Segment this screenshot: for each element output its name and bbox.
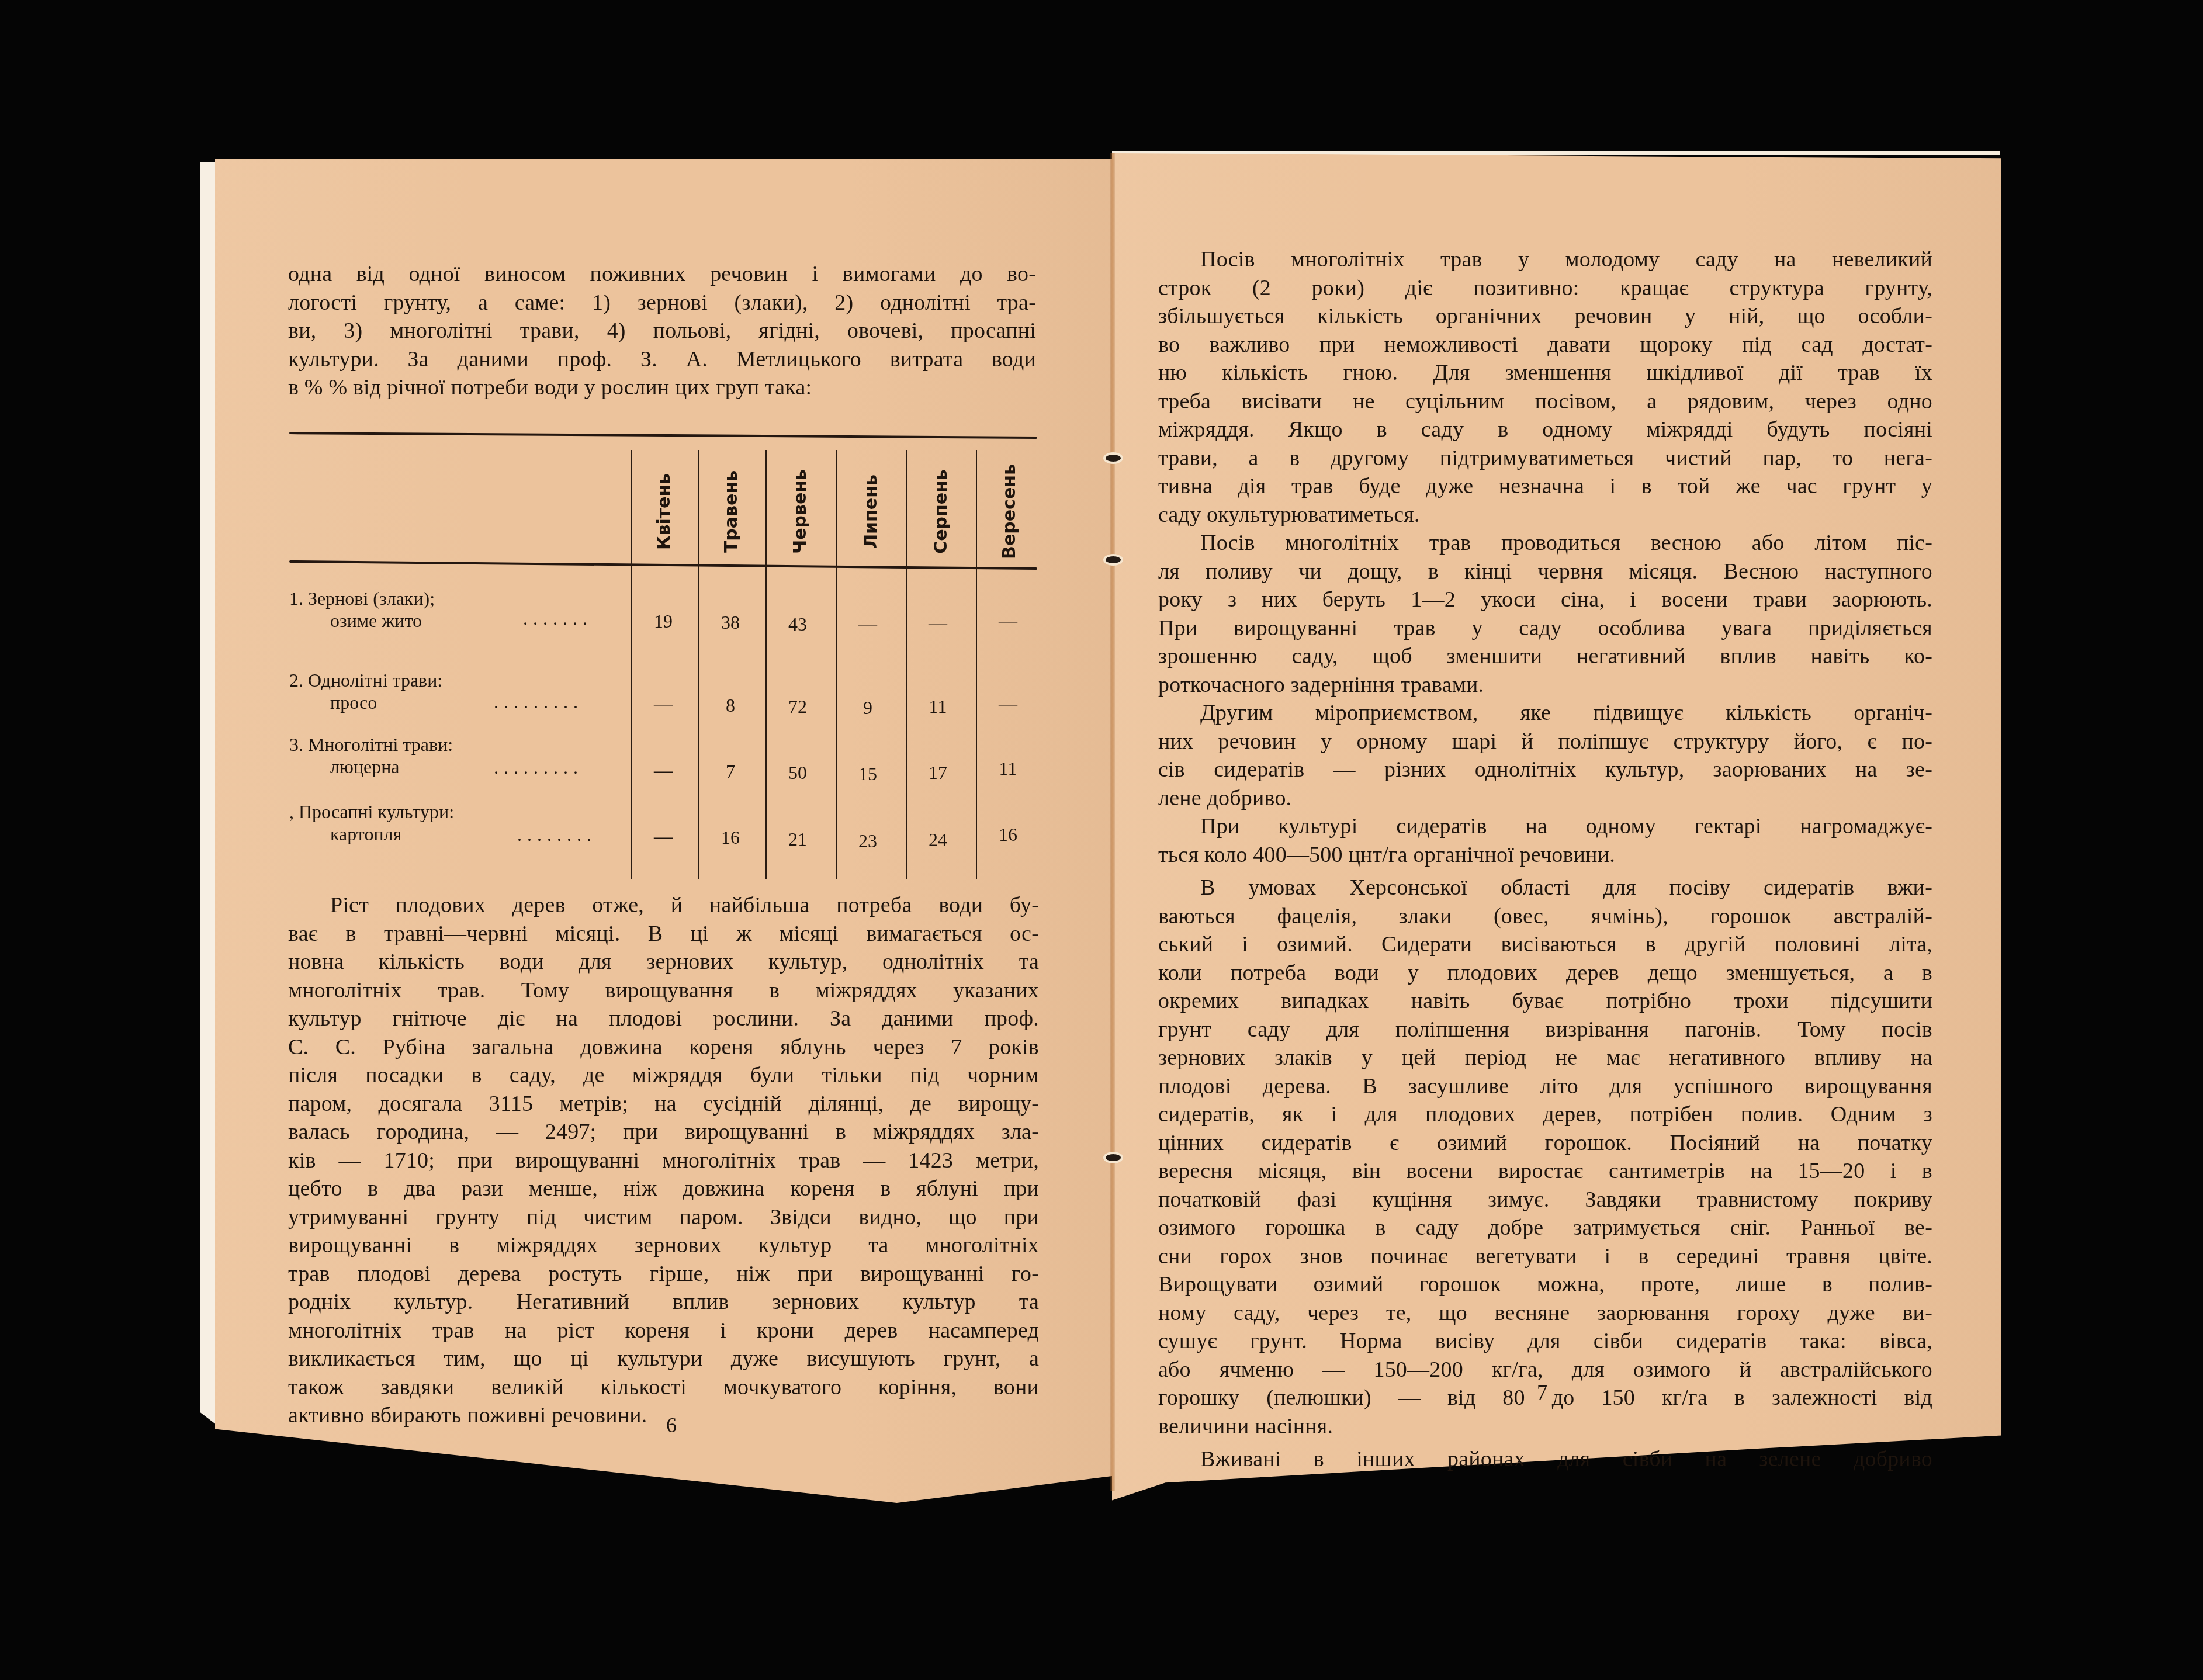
text-line: логості грунту, а саме: 1) зернові (злак… (288, 289, 1036, 317)
text-line: культур гнітюче діє на плодові рослини. … (288, 1004, 1039, 1033)
text-line: треба висівати не суцільним посівом, а р… (1158, 387, 1932, 416)
table-row-label: , Просапні культури: картопля (289, 801, 454, 845)
text-line: роткочасного задерніння травами. (1158, 671, 1932, 699)
column-header: Червень (789, 465, 812, 558)
text-line: також завдяки великій кількості мочкуват… (288, 1373, 1039, 1402)
left-page-body: Ріст плодових дерев отже, й найбільша по… (288, 891, 1039, 1430)
table-row-label: 1. Зернові (злаки); озиме жито (289, 587, 435, 632)
column-header: Вересень (997, 465, 1021, 558)
left-page-fore-edge (200, 162, 216, 1425)
book-spread: одна від одної виносом поживних речовин … (0, 0, 2203, 1680)
text-line: коли потреба води у плодових дерев дещо … (1158, 959, 1932, 988)
text-line: лене добриво. (1158, 784, 1932, 813)
text-line: грунт саду для поліпшення визрівання паг… (1158, 1016, 1932, 1044)
table-cell: 11 (906, 696, 970, 718)
text-line: утримуванні грунту під чистим паром. Зві… (288, 1203, 1039, 1232)
column-divider (906, 450, 907, 879)
table-cell: 19 (631, 611, 695, 632)
text-line: саду окультурюватиметься. (1158, 501, 1932, 529)
left-page-intro: одна від одної виносом поживних речовин … (288, 260, 1036, 402)
table-cell: — (976, 694, 1040, 715)
text-line: ному саду, через те, що весняне заорюван… (1158, 1299, 1932, 1328)
staple-hole (1106, 556, 1121, 563)
right-page-body: Посів многолітніх трав у молодому саду н… (1158, 245, 1932, 1474)
text-line: строк (2 роки) діє позитивно: кращає стр… (1158, 274, 1932, 303)
text-line: сидератів, як і для плодових дерев, потр… (1158, 1100, 1932, 1129)
table-cell: 72 (765, 696, 830, 718)
page-number-left: 6 (666, 1413, 677, 1437)
column-header: Травень (720, 465, 743, 558)
table-cell: 15 (836, 763, 900, 785)
text-line: Посів многолітніх трав проводиться весно… (1158, 529, 1932, 557)
text-line: зернових злаків у цей період не має нега… (1158, 1044, 1932, 1072)
text-line: окремих випадках навіть буває потрібно т… (1158, 987, 1932, 1016)
text-line: во важливо при неможливості давати щорок… (1158, 331, 1932, 359)
text-line: цебто в два рази менше, ніж довжина коре… (288, 1175, 1039, 1203)
spine-fold (1110, 153, 1115, 1491)
table-cell: — (631, 826, 695, 847)
staple-hole (1106, 1154, 1121, 1161)
text-line: сни горох знов починає вегетувати і в се… (1158, 1242, 1932, 1271)
table-cell: — (631, 760, 695, 781)
table-cell: 21 (765, 829, 830, 850)
column-divider (698, 450, 699, 879)
text-line: Вживані в інших районах для сівби на зел… (1158, 1445, 1932, 1474)
column-divider (631, 450, 632, 879)
text-line: При культурі сидератів на одному гектарі… (1158, 812, 1932, 841)
table-cell: — (631, 694, 695, 715)
column-divider (836, 450, 837, 879)
table-cell: — (976, 611, 1040, 632)
text-line: викликається тим, що ці культури дуже ви… (288, 1345, 1039, 1373)
text-line: многолітніх трав. Тому вирощування в між… (288, 976, 1039, 1005)
column-header: Квітень (653, 465, 676, 558)
text-line: активно вбирають поживні речовини. (288, 1401, 1039, 1430)
text-line: них речовин у орному шарі й поліпшує стр… (1158, 728, 1932, 756)
text-line: новна кількість води для зернових культу… (288, 948, 1039, 976)
text-line: трав плодові дерева ростуть гірше, ніж п… (288, 1260, 1039, 1288)
text-line: ля поливу чи дощу, в кінці червня місяця… (1158, 557, 1932, 586)
water-use-table: Квітень Травень Червень Липень Серпень В… (289, 429, 1037, 897)
table-row-label: 2. Однолітні трави: просо (289, 669, 442, 713)
text-line: сів сидератів — різних однолітніх культу… (1158, 756, 1932, 784)
text-line: паром, досягала 3115 метрів; на сусідній… (288, 1090, 1039, 1118)
text-line: вирощуванні в міжряддях зернових культур… (288, 1231, 1039, 1260)
text-line: вересня місяця, він восени виростає сант… (1158, 1157, 1932, 1186)
text-line: ський і озимий. Сидерати висіваються в д… (1158, 930, 1932, 959)
text-line: в % % від річної потреби води у рослин ц… (288, 373, 1036, 402)
table-cell: 8 (698, 695, 763, 716)
column-header: Липень (859, 465, 882, 558)
leader-dots: ....... (523, 608, 593, 629)
text-line: початковій фазі кущіння зимує. Завдяки т… (1158, 1186, 1932, 1214)
text-line: року з них беруть 1—2 укоси сіна, і восе… (1158, 586, 1932, 614)
leader-dots: ........ (517, 824, 597, 846)
text-line: ваються фацелія, злаки (овес, ячмінь), г… (1158, 902, 1932, 931)
text-line: цінних сидератів є озимий горошок. Посія… (1158, 1129, 1932, 1158)
table-cell: 9 (836, 697, 900, 719)
table-cell: 38 (698, 612, 763, 633)
text-line: після посадки в саду, де міжряддя були т… (288, 1061, 1039, 1090)
table-cell: 17 (906, 762, 970, 784)
text-line: ню кількість гною. Для зменшення шкідлив… (1158, 359, 1932, 387)
column-divider (765, 450, 767, 879)
leader-dots: ......... (494, 691, 583, 713)
table-cell: 16 (976, 824, 1040, 846)
table-cell: 23 (836, 830, 900, 852)
text-line: або ячменю — 150—200 кг/га, для озимого … (1158, 1356, 1932, 1384)
table-cell: 11 (976, 758, 1040, 780)
page-number-right: 7 (1537, 1380, 1547, 1405)
leader-dots: ......... (494, 757, 583, 778)
text-line: культури. За даними проф. З. А. Метлицьк… (288, 345, 1036, 374)
table-cell: 50 (765, 762, 830, 784)
text-line: Вирощувати озимий горошок можна, проте, … (1158, 1270, 1932, 1299)
text-line: При вирощуванні трав у саду особлива ува… (1158, 614, 1932, 643)
table-cell: 43 (765, 614, 830, 635)
text-line: Другим міроприємством, яке підвищує кіль… (1158, 699, 1932, 728)
text-line: зрошенню саду, щоб зменшити негативний в… (1158, 642, 1932, 671)
text-line: трави, а в другому підтримуватиметься чи… (1158, 444, 1932, 473)
text-line: многолітніх трав на ріст кореня і крони … (288, 1317, 1039, 1345)
table-row-label: 3. Многолітні трави: люцерна (289, 733, 453, 778)
staple-hole (1106, 455, 1121, 462)
table-top-rule (289, 432, 1037, 439)
table-cell: 7 (698, 761, 763, 782)
text-line: збільшується кількість органічних речови… (1158, 302, 1932, 331)
text-line: С. С. Рубіна загальна довжина кореня ябл… (288, 1033, 1039, 1062)
table-cell: — (906, 612, 970, 634)
table-header-rule (289, 560, 1037, 570)
table-cell: 24 (906, 829, 970, 851)
text-line: ків — 1710; при вирощуванні многолітніх … (288, 1146, 1039, 1175)
table-cell: — (836, 614, 900, 635)
text-line: озимого горошка в саду добре затримуєтьс… (1158, 1214, 1932, 1242)
text-line: тивна дія трав буде дуже незначна і в то… (1158, 472, 1932, 501)
text-line: В умовах Херсонської області для посіву … (1158, 874, 1932, 902)
table-cell: 16 (698, 827, 763, 848)
text-line: Посів многолітніх трав у молодому саду н… (1158, 245, 1932, 274)
text-line: Ріст плодових дерев отже, й найбільша по… (288, 891, 1039, 920)
column-divider (976, 450, 977, 879)
text-line: плодові дерева. В засушливе літо для усп… (1158, 1072, 1932, 1101)
text-line: ви, 3) многолітні трави, 4) польові, ягі… (288, 317, 1036, 345)
text-line: одна від одної виносом поживних речовин … (288, 260, 1036, 289)
text-line: родніх культур. Негативний вплив зернови… (288, 1288, 1039, 1317)
text-line: валась городина, — 2497; при вирощуванні… (288, 1118, 1039, 1146)
column-header: Серпень (929, 465, 952, 558)
text-line: величини насіння. (1158, 1412, 1932, 1441)
text-line: ться коло 400—500 цнт/га органічної речо… (1158, 841, 1932, 870)
text-line: сушує грунт. Норма висіву для сівби сиде… (1158, 1327, 1932, 1356)
text-line: міжряддя. Якщо в саду в одному міжрядді … (1158, 415, 1932, 444)
text-line: ває в травні—червні місяці. В ці ж місяц… (288, 920, 1039, 948)
